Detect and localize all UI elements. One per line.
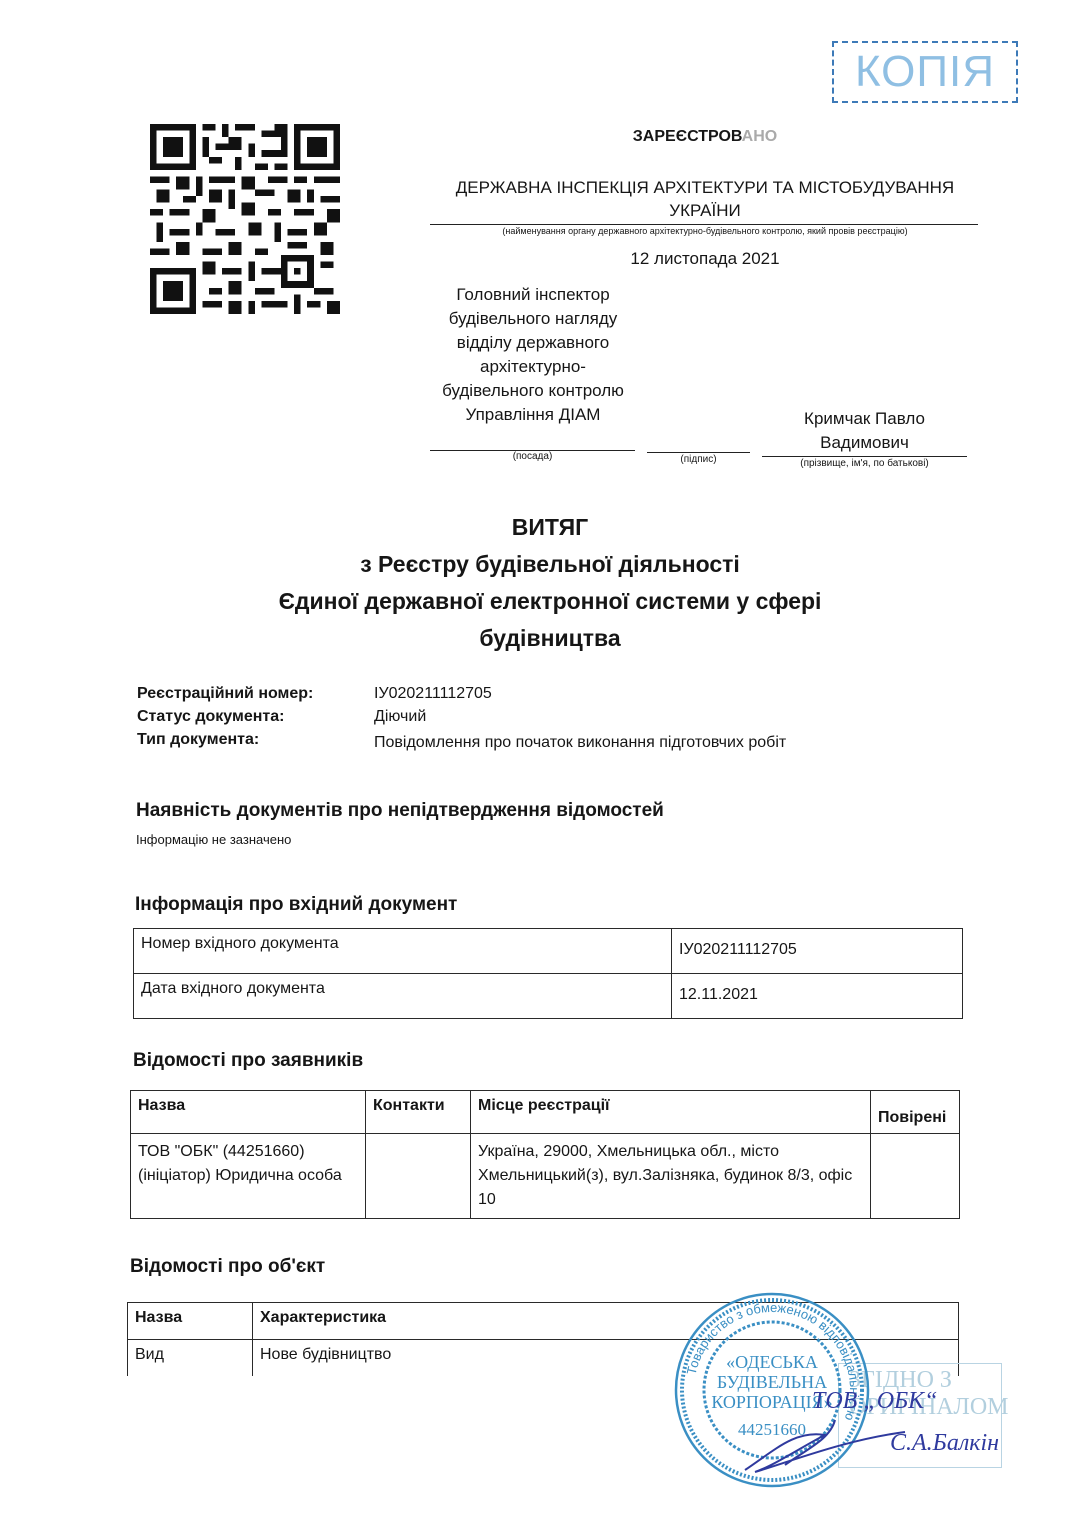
authority-name: ДЕРЖАВНА ІНСПЕКЦІЯ АРХІТЕКТУРИ ТА МІСТОБ…: [430, 176, 980, 222]
table-row: ТОВ "ОБК" (44251660) (ініціатор) Юридичн…: [131, 1134, 960, 1219]
input-document-table: Номер вхідного документа ІУ020211112705 …: [133, 928, 963, 1019]
title-line-4: будівництва: [150, 620, 950, 657]
meta-registration-number: Реєстраційний номер: ІУ020211112705: [137, 682, 786, 705]
copy-stamp: КОПІЯ: [832, 41, 1018, 103]
authority-caption: (найменування органу державного архітект…: [430, 226, 980, 236]
inspector-position: Головний інспектор будівельного нагляду …: [430, 283, 636, 427]
qr-code-icon: [150, 124, 340, 314]
document-title: ВИТЯГ з Реєстру будівельної діяльності Є…: [150, 509, 950, 657]
meta-document-status: Статус документа: Діючий: [137, 705, 786, 728]
authority-underline: [430, 224, 978, 225]
table-row: Дата вхідного документа 12.11.2021: [134, 974, 963, 1019]
title-line-2: з Реєстру будівельної діяльності: [150, 546, 950, 583]
registration-date: 12 листопада 2021: [430, 249, 980, 269]
input-document-heading: Інформація про вхідний документ: [135, 894, 457, 916]
meta-document-type: Тип документа: Повідомлення про початок …: [137, 728, 786, 754]
copy-stamp-label: КОПІЯ: [855, 47, 995, 97]
applicant-contacts: [366, 1134, 471, 1219]
meta-value: Повідомлення про початок виконання підго…: [374, 728, 786, 754]
col-attorneys: Повірені: [871, 1091, 960, 1134]
applicants-heading: Відомості про заявників: [133, 1050, 363, 1072]
signature-caption: (підпис): [647, 454, 750, 465]
meta-value: ІУ020211112705: [374, 682, 492, 705]
col-name: Назва: [128, 1303, 253, 1340]
document-meta: Реєстраційний номер: ІУ020211112705 Стат…: [137, 682, 786, 754]
col-name: Назва: [131, 1091, 366, 1134]
applicant-name: ТОВ "ОБК" (44251660) (ініціатор) Юридичн…: [131, 1134, 366, 1219]
meta-label: Тип документа:: [137, 728, 374, 754]
meta-value: Діючий: [374, 705, 426, 728]
registered-heading: ЗАРЕЄСТРОВАНО: [430, 128, 980, 146]
seal-line-2: БУДІВЕЛЬНА: [717, 1372, 827, 1392]
signature-scribble-icon: [735, 1410, 915, 1480]
position-caption: (посада): [430, 451, 635, 462]
non-confirmation-heading: Наявність документів про непідтвердження…: [136, 800, 664, 822]
object-heading: Відомості про об'єкт: [130, 1256, 325, 1278]
col-registration-place: Місце реєстрації: [471, 1091, 871, 1134]
signature-line: [647, 452, 750, 453]
applicant-registration-place: Україна, 29000, Хмельницька обл., місто …: [471, 1134, 871, 1219]
table-row: Номер вхідного документа ІУ020211112705: [134, 929, 963, 974]
non-confirmation-note: Інформацію не зазначено: [136, 832, 291, 847]
input-doc-value: ІУ020211112705: [672, 929, 963, 974]
input-doc-value: 12.11.2021: [672, 974, 963, 1019]
table-header-row: Назва Контакти Місце реєстрації Повірені: [131, 1091, 960, 1134]
title-line-3: Єдиної державної електронної системи у с…: [150, 583, 950, 620]
applicants-table: Назва Контакти Місце реєстрації Повірені…: [130, 1090, 960, 1219]
title-line-1: ВИТЯГ: [150, 509, 950, 546]
inspector-name: Кримчак Павло Вадимович: [762, 407, 967, 455]
registered-bold: ЗАРЕЄСТРОВ: [633, 128, 742, 145]
name-caption: (прізвище, ім'я, по батькові): [762, 458, 967, 469]
meta-label: Статус документа:: [137, 705, 374, 728]
input-doc-label: Дата вхідного документа: [134, 974, 672, 1019]
meta-label: Реєстраційний номер:: [137, 682, 374, 705]
name-line: [762, 456, 967, 457]
col-contacts: Контакти: [366, 1091, 471, 1134]
object-name: Вид: [128, 1340, 253, 1377]
registered-faded: АНО: [742, 128, 778, 145]
input-doc-label: Номер вхідного документа: [134, 929, 672, 974]
seal-line-1: «ОДЕСЬКА: [726, 1352, 818, 1372]
applicant-attorneys: [871, 1134, 960, 1219]
